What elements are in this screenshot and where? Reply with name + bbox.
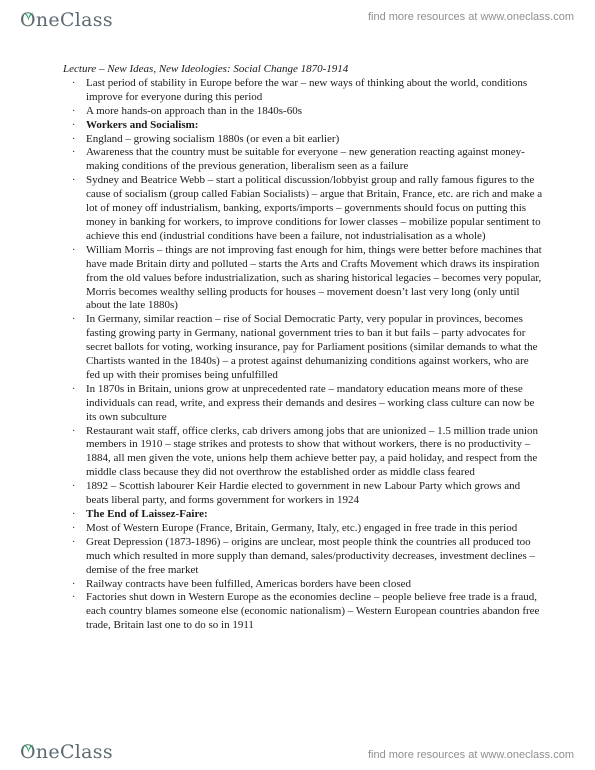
- bullet-marker: ·: [63, 480, 86, 494]
- bullet-text: Awareness that the country must be suita…: [86, 146, 544, 174]
- bullet-marker: ·: [63, 174, 86, 188]
- bullet-marker: ·: [63, 578, 86, 592]
- bullet-list: · Last period of stability in Europe bef…: [63, 77, 544, 633]
- bullet-item: · In Germany, similar reaction – rise of…: [63, 313, 544, 383]
- bullet-item: · Railway contracts have been fulfilled,…: [63, 578, 544, 592]
- bullet-marker: ·: [63, 508, 86, 522]
- bullet-item: · Great Depression (1873-1896) – origins…: [63, 536, 544, 578]
- bullet-marker: ·: [63, 313, 86, 327]
- bullet-text: Sydney and Beatrice Webb – start a polit…: [86, 174, 544, 244]
- bullet-marker: ·: [63, 383, 86, 397]
- bullet-item: · The End of Laissez-Faire:: [63, 508, 544, 522]
- bullet-marker: ·: [63, 119, 86, 133]
- bullet-item: · In 1870s in Britain, unions grow at un…: [63, 383, 544, 425]
- bullet-text: Factories shut down in Western Europe as…: [86, 591, 544, 633]
- leaf-icon: [23, 4, 34, 26]
- bullet-text: England – growing socialism 1880s (or ev…: [86, 133, 544, 147]
- bullet-text: In Germany, similar reaction – rise of S…: [86, 313, 544, 383]
- footer-tagline: find more resources at www.oneclass.com: [368, 749, 574, 761]
- bullet-marker: ·: [63, 425, 86, 439]
- bullet-item: · A more hands-on approach than in the 1…: [63, 105, 544, 119]
- bullet-item: · Most of Western Europe (France, Britai…: [63, 522, 544, 536]
- bullet-text: 1892 – Scottish labourer Keir Hardie ele…: [86, 480, 544, 508]
- bullet-item: · Sydney and Beatrice Webb – start a pol…: [63, 174, 544, 244]
- bullet-item: · Awareness that the country must be sui…: [63, 146, 544, 174]
- bullet-marker: ·: [63, 536, 86, 550]
- bullet-item: · Restaurant wait staff, office clerks, …: [63, 425, 544, 481]
- bullet-text: Great Depression (1873-1896) – origins a…: [86, 536, 544, 578]
- bullet-text: A more hands-on approach than in the 184…: [86, 105, 544, 119]
- bullet-item: · Factories shut down in Western Europe …: [63, 591, 544, 633]
- bullet-text: Last period of stability in Europe befor…: [86, 77, 544, 105]
- oneclass-logo-footer: OneClass: [20, 741, 113, 763]
- bullet-item: · 1892 – Scottish labourer Keir Hardie e…: [63, 480, 544, 508]
- bullet-marker: ·: [63, 77, 86, 91]
- bullet-item: · Last period of stability in Europe bef…: [63, 77, 544, 105]
- lecture-notes: Lecture – New Ideas, New Ideologies: Soc…: [63, 63, 544, 633]
- bullet-marker: ·: [63, 133, 86, 147]
- bullet-text: In 1870s in Britain, unions grow at unpr…: [86, 383, 544, 425]
- bullet-item: · Workers and Socialism:: [63, 119, 544, 133]
- bullet-text: Restaurant wait staff, office clerks, ca…: [86, 425, 544, 481]
- bullet-text: The End of Laissez-Faire:: [86, 508, 544, 522]
- leaf-icon: [23, 736, 34, 758]
- bullet-marker: ·: [63, 244, 86, 258]
- bullet-text: Most of Western Europe (France, Britain,…: [86, 522, 544, 536]
- bullet-text: William Morris – things are not improvin…: [86, 244, 544, 314]
- bullet-marker: ·: [63, 146, 86, 160]
- bullet-item: · William Morris – things are not improv…: [63, 244, 544, 314]
- lecture-title: Lecture – New Ideas, New Ideologies: Soc…: [63, 63, 544, 77]
- bullet-item: · England – growing socialism 1880s (or …: [63, 133, 544, 147]
- bullet-marker: ·: [63, 591, 86, 605]
- document-page: OneClass find more resources at www.onec…: [0, 0, 595, 770]
- oneclass-logo-header: OneClass: [20, 9, 113, 31]
- header-tagline: find more resources at www.oneclass.com: [368, 11, 574, 23]
- bullet-text: Railway contracts have been fulfilled, A…: [86, 578, 544, 592]
- bullet-marker: ·: [63, 522, 86, 536]
- bullet-marker: ·: [63, 105, 86, 119]
- bullet-text: Workers and Socialism:: [86, 119, 544, 133]
